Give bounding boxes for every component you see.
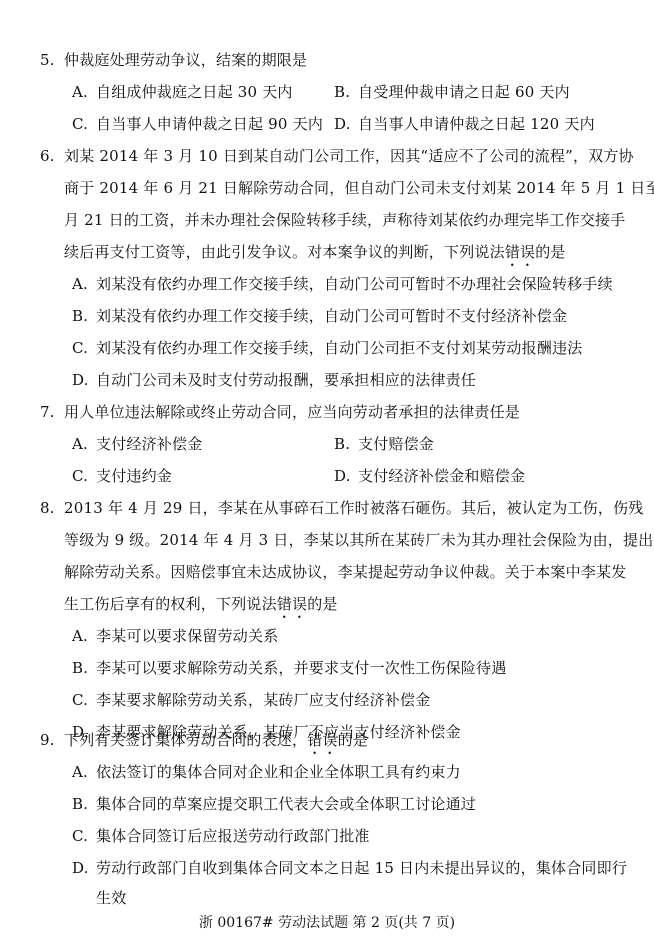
option-label: C. bbox=[72, 466, 96, 486]
option-label: C. bbox=[72, 690, 96, 710]
question-6-option-b: B.刘某没有依约办理工作交接手续，自动门公司可暂时不支付经济补偿金 bbox=[72, 306, 567, 326]
question-6-option-a: A.刘某没有依约办理工作交接手续，自动门公司可暂时不办理社会保险转移手续 bbox=[72, 274, 613, 294]
stem-text: 的是 bbox=[307, 595, 337, 613]
question-5-option-d: D.自当事人申请仲裁之日起 120 天内 bbox=[334, 114, 595, 134]
question-9-option-d-continuation: 生效 bbox=[96, 888, 126, 908]
option-label: D. bbox=[334, 114, 358, 134]
question-5-stem: 5.仲裁庭处理劳动争议，结案的期限是 bbox=[40, 50, 307, 70]
option-text: 支付违约金 bbox=[96, 467, 172, 485]
option-label: D. bbox=[72, 370, 96, 390]
option-label: B. bbox=[72, 794, 96, 814]
question-8-stem-line-1: 8.2013 年 4 月 29 日，李某在从事碎石工作时被落石砸伤。其后，被认定… bbox=[40, 498, 643, 518]
question-7-option-d: D.支付经济补偿金和赔偿金 bbox=[334, 466, 525, 486]
question-8-stem-line-3: 解除劳动关系。因赔偿事宜未达成协议，李某提起劳动争议仲裁。关于本案中李某发 bbox=[64, 562, 626, 582]
option-label: B. bbox=[334, 82, 358, 102]
stem-text: 刘某 2014 年 3 月 10 日到某自动门公司工作，因其“适应不了公司的流程… bbox=[64, 147, 634, 165]
option-text: 集体合同签订后应报送劳动行政部门批准 bbox=[96, 827, 370, 845]
stem-text: 仲裁庭处理劳动争议，结案的期限是 bbox=[64, 51, 307, 69]
question-number: 9. bbox=[40, 730, 64, 750]
question-9-option-b: B.集体合同的草案应提交职工代表大会或全体职工讨论通过 bbox=[72, 794, 476, 814]
question-7-option-b: B.支付赔偿金 bbox=[334, 434, 434, 454]
option-text: 李某要求解除劳动关系，某砖厂应支付经济补偿金 bbox=[96, 691, 430, 709]
stem-text: 的是 bbox=[535, 243, 565, 261]
question-7-option-c: C.支付违约金 bbox=[72, 466, 172, 486]
option-label: D. bbox=[72, 858, 96, 878]
question-number: 6. bbox=[40, 146, 64, 166]
question-5-option-a: A.自组成仲裁庭之日起 30 天内 bbox=[72, 82, 293, 102]
option-text: 自受理仲裁申请之日起 60 天内 bbox=[358, 83, 570, 101]
emphasis-text: 错误 bbox=[277, 595, 307, 613]
option-text: 刘某没有依约办理工作交接手续，自动门公司可暂时不办理社会保险转移手续 bbox=[96, 275, 613, 293]
stem-text: 下列有关签订集体劳动合同的表述， bbox=[64, 731, 307, 749]
question-9-option-d: D.劳动行政部门自收到集体合同文本之日起 15 日内未提出异议的，集体合同即行 bbox=[72, 858, 627, 878]
question-9-option-a: A.依法签订的集体合同对企业和企业全体职工具有约束力 bbox=[72, 762, 461, 782]
option-text: 自当事人申请仲裁之日起 90 天内 bbox=[96, 115, 323, 133]
question-9-option-c: C.集体合同签订后应报送劳动行政部门批准 bbox=[72, 826, 370, 846]
option-text: 支付经济补偿金和赔偿金 bbox=[358, 467, 525, 485]
question-7-stem: 7.用人单位违法解除或终止劳动合同，应当向劳动者承担的法律责任是 bbox=[40, 402, 520, 422]
option-label: C. bbox=[72, 826, 96, 846]
option-text: 刘某没有依约办理工作交接手续，自动门公司拒不支付刘某劳动报酬违法 bbox=[96, 339, 582, 357]
option-label: A. bbox=[72, 274, 96, 294]
option-text: 自组成仲裁庭之日起 30 天内 bbox=[96, 83, 293, 101]
stem-text: 续后再支付工资等，由此引发争议。对本案争议的判断，下列说法 bbox=[64, 243, 505, 261]
question-9-stem: 9.下列有关签订集体劳动合同的表述，错误的是 bbox=[40, 730, 368, 758]
option-label: D. bbox=[334, 466, 358, 486]
question-5-option-b: B.自受理仲裁申请之日起 60 天内 bbox=[334, 82, 570, 102]
stem-text: 生工伤后享有的权利，下列说法 bbox=[64, 595, 277, 613]
option-text: 自当事人申请仲裁之日起 120 天内 bbox=[358, 115, 595, 133]
question-number: 8. bbox=[40, 498, 64, 518]
question-6-stem-line-3: 月 21 日的工资，并未办理社会保险转移手续，声称待刘某依约办理完毕工作交接手 bbox=[64, 210, 625, 230]
option-text: 依法签订的集体合同对企业和企业全体职工具有约束力 bbox=[96, 763, 461, 781]
option-label: B. bbox=[72, 658, 96, 678]
stem-text: 用人单位违法解除或终止劳动合同，应当向劳动者承担的法律责任是 bbox=[64, 403, 520, 421]
option-label: A. bbox=[72, 762, 96, 782]
emphasis-text: 错误 bbox=[307, 731, 337, 749]
question-8-stem-line-4: 生工伤后享有的权利，下列说法错误的是 bbox=[64, 594, 338, 622]
option-label: A. bbox=[72, 434, 96, 454]
option-text: 李某可以要求解除劳动关系，并要求支付一次性工伤保险待遇 bbox=[96, 659, 506, 677]
question-6-option-c: C.刘某没有依约办理工作交接手续，自动门公司拒不支付刘某劳动报酬违法 bbox=[72, 338, 582, 358]
question-6-stem-line-4: 续后再支付工资等，由此引发争议。对本案争议的判断，下列说法错误的是 bbox=[64, 242, 566, 270]
option-text: 自动门公司未及时支付劳动报酬，要承担相应的法律责任 bbox=[96, 371, 476, 389]
option-text: 劳动行政部门自收到集体合同文本之日起 15 日内未提出异议的，集体合同即行 bbox=[96, 859, 627, 877]
option-text: 刘某没有依约办理工作交接手续，自动门公司可暂时不支付经济补偿金 bbox=[96, 307, 567, 325]
option-text: 李某可以要求保留劳动关系 bbox=[96, 627, 278, 645]
question-8-stem-line-2: 等级为 9 级。2014 年 4 月 3 日，李某以其所在某砖厂未为其办理社会保… bbox=[64, 530, 653, 550]
question-7-option-a: A.支付经济补偿金 bbox=[72, 434, 202, 454]
question-number: 7. bbox=[40, 402, 64, 422]
emphasis-text: 错误 bbox=[505, 243, 535, 261]
option-text: 支付经济补偿金 bbox=[96, 435, 202, 453]
question-5-option-c: C.自当事人申请仲裁之日起 90 天内 bbox=[72, 114, 323, 134]
question-number: 5. bbox=[40, 50, 64, 70]
option-label: A. bbox=[72, 82, 96, 102]
question-6-stem-line-2: 商于 2014 年 6 月 21 日解除劳动合同，但自动门公司未支付刘某 201… bbox=[64, 178, 654, 198]
stem-text: 2013 年 4 月 29 日，李某在从事碎石工作时被落石砸伤。其后，被认定为工… bbox=[64, 499, 643, 517]
option-label: C. bbox=[72, 114, 96, 134]
option-label: B. bbox=[72, 306, 96, 326]
option-label: B. bbox=[334, 434, 358, 454]
page-footer: 浙 00167# 劳动法试题 第 2 页(共 7 页) bbox=[0, 914, 654, 932]
question-8-option-b: B.李某可以要求解除劳动关系，并要求支付一次性工伤保险待遇 bbox=[72, 658, 506, 678]
question-6-option-d: D.自动门公司未及时支付劳动报酬，要承担相应的法律责任 bbox=[72, 370, 476, 390]
question-8-option-c: C.李某要求解除劳动关系，某砖厂应支付经济补偿金 bbox=[72, 690, 430, 710]
option-label: A. bbox=[72, 626, 96, 646]
stem-text: 的是 bbox=[338, 731, 368, 749]
option-label: C. bbox=[72, 338, 96, 358]
question-8-option-a: A.李某可以要求保留劳动关系 bbox=[72, 626, 278, 646]
question-6-stem-line-1: 6.刘某 2014 年 3 月 10 日到某自动门公司工作，因其“适应不了公司的… bbox=[40, 146, 634, 166]
option-text: 支付赔偿金 bbox=[358, 435, 434, 453]
exam-page: 5.仲裁庭处理劳动争议，结案的期限是 A.自组成仲裁庭之日起 30 天内 B.自… bbox=[0, 0, 654, 948]
option-text: 集体合同的草案应提交职工代表大会或全体职工讨论通过 bbox=[96, 795, 476, 813]
